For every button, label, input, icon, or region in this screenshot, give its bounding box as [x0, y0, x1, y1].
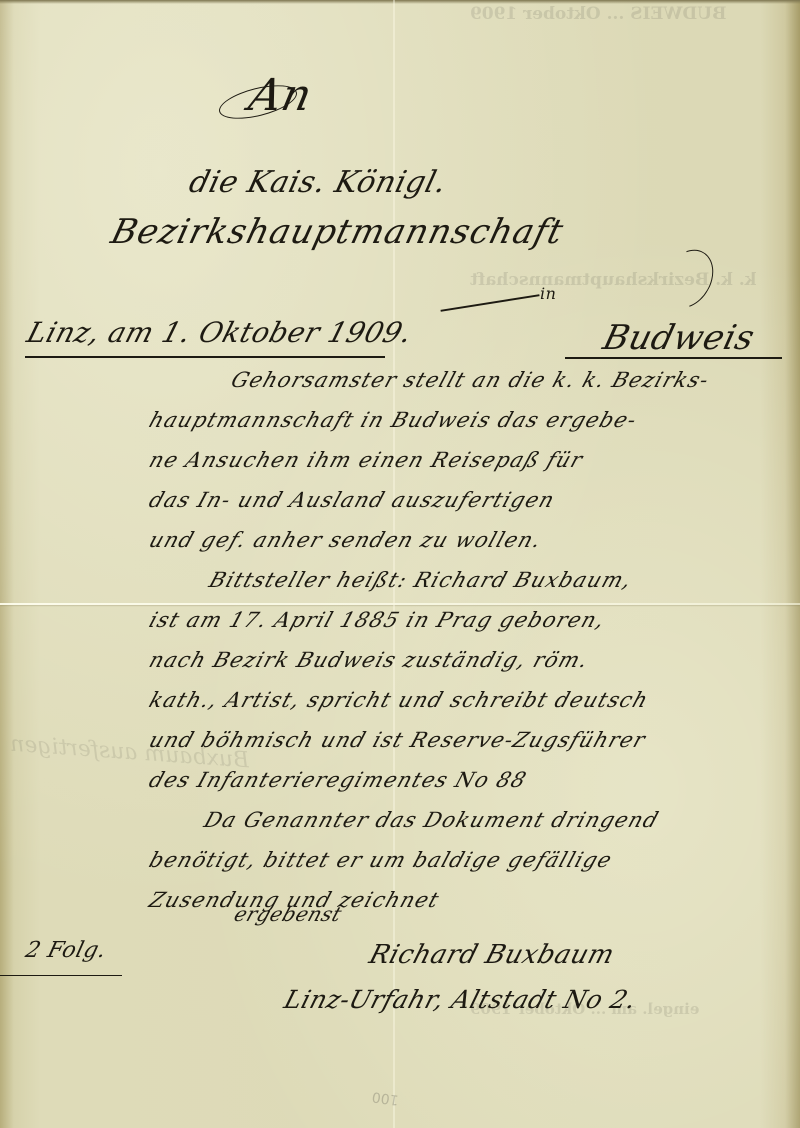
signature: Richard Buxbaum — [366, 940, 618, 970]
body-line: nach Bezirk Budweis zuständig, röm. — [146, 648, 592, 672]
closing: ergebenst — [231, 902, 345, 926]
addressee-line-2: Bezirkshauptmannschaft — [107, 212, 568, 252]
body-line: des Infanterieregimentes No 88 — [146, 768, 530, 792]
salutation: An — [245, 70, 317, 121]
addressee-line-1: die Kais. Königl. — [186, 165, 451, 200]
body-line: und gef. anher senden zu wollen. — [146, 528, 545, 552]
bleed-through-stamp-top: BUDWEIS ... Oktober 1909 — [470, 4, 726, 24]
body-line: das In- und Ausland auszufertigen — [146, 488, 558, 512]
addressee-place: Budweis — [599, 318, 759, 358]
date-underline — [25, 356, 385, 358]
destination-underline — [565, 357, 782, 359]
body-line: hauptmannschaft in Budweis das ergebe- — [146, 408, 640, 432]
body-line: Da Genannter das Dokument dringend — [201, 808, 662, 832]
addressee-preposition: in — [540, 284, 556, 303]
margin-note: 2 Folg. — [23, 938, 109, 963]
body-line: Gehorsamster stellt an die k. k. Bezirks… — [228, 368, 713, 392]
place-date: Linz, am 1. Oktober 1909. — [23, 316, 416, 349]
margin-note-underline — [0, 975, 122, 976]
body-line: ne Ansuchen ihm einen Reisepaß für — [146, 448, 586, 472]
body-line: kath., Artist, spricht und schreibt deut… — [146, 688, 652, 712]
sender-address: Linz-Urfahr, Altstadt No 2. — [281, 985, 640, 1014]
body-line: ist am 17. April 1885 in Prag geboren, — [146, 608, 608, 632]
body-line: und böhmisch und ist Reserve-Zugsführer — [146, 728, 649, 752]
horizontal-fold-crease — [0, 603, 800, 605]
body-line: Bittsteller heißt: Richard Buxbaum, — [206, 568, 635, 592]
body-line: benötigt, bittet er um baldige gefällige — [146, 848, 616, 872]
